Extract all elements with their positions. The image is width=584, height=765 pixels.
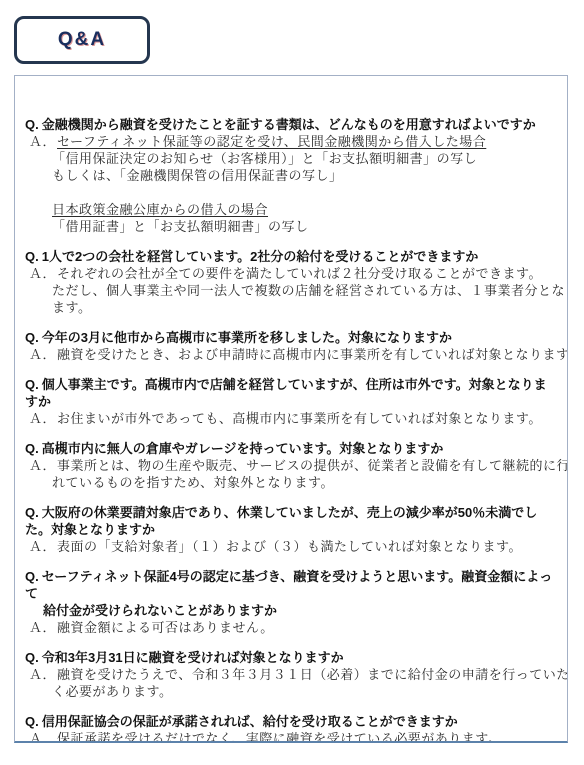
answer-line: ます。 bbox=[29, 299, 559, 316]
answer-text: Ａ．表面の「支給対象者」（１）および（３）も満たしていれば対象となります。 bbox=[25, 538, 559, 555]
answer-line: Ａ．融資金額による可否はありません。 bbox=[29, 619, 559, 636]
answer-line-text: セーフティネット保証等の認定を受け、民間金融機関から借入した場合 bbox=[57, 134, 486, 149]
answer-line-text: 表面の「支給対象者」（１）および（３）も満たしていれば対象となります。 bbox=[57, 539, 522, 554]
qa-item: Q.金融機関から融資を受けたことを証する書類は、どんなものを用意すればよいですか… bbox=[25, 116, 559, 235]
answer-line: Ａ．融資を受けたうえで、令和３年３月３１日（必着）までに給付金の申請を行っていた… bbox=[29, 666, 559, 683]
qa-item: Q.個人事業主です。高槻市内で店舗を経営していますが、住所は市外です。対象となり… bbox=[25, 376, 559, 427]
answer-line-text: 「借用証書」と「お支払額明細書」の写し bbox=[52, 219, 309, 234]
answer-prefix: Ａ． bbox=[29, 620, 56, 635]
question-text: Q.令和3年3月31日に融資を受ければ対象となりますか bbox=[25, 649, 559, 666]
answer-prefix: Ａ． bbox=[29, 667, 56, 682]
question-text: Q.個人事業主です。高槻市内で店舗を経営していますが、住所は市外です。対象となり… bbox=[25, 376, 559, 410]
answer-line: 「信用保証決定のお知らせ（お客様用）」と「お支払額明細書」の写し bbox=[29, 150, 559, 167]
question-prefix: Q. bbox=[25, 117, 39, 132]
answer-line-text: もしくは、「金融機関保管の信用保証書の写し」 bbox=[52, 168, 343, 183]
answer-line: Ａ．保証承諾を受けるだけでなく、実際に融資を受けている必要があります。 bbox=[29, 730, 559, 743]
question-line: 1人で2つの会社を経営しています。2社分の給付を受けることができますか bbox=[42, 249, 479, 264]
question-line: 給付金が受けられないことがありますか bbox=[25, 603, 277, 618]
answer-line-text: お住まいが市外であっても、高槻市内に事業所を有していれば対象となります。 bbox=[57, 411, 542, 426]
answer-prefix: Ａ． bbox=[29, 266, 56, 281]
answer-text: Ａ．お住まいが市外であっても、高槻市内に事業所を有していれば対象となります。 bbox=[25, 410, 559, 427]
question-text: Q.1人で2つの会社を経営しています。2社分の給付を受けることができますか bbox=[25, 248, 559, 265]
qa-item: Q.令和3年3月31日に融資を受ければ対象となりますかＡ．融資を受けたうえで、令… bbox=[25, 649, 559, 700]
qa-title-box: Q&A bbox=[14, 16, 150, 64]
answer-line-text: それぞれの会社が全ての要件を満たしていれば２社分受け取ることができます。 bbox=[57, 266, 542, 281]
answer-blank-line bbox=[29, 184, 559, 201]
question-text: Q.信用保証協会の保証が承諾されれば、給付を受け取ることができますか bbox=[25, 713, 559, 730]
qa-content-box: Q.金融機関から融資を受けたことを証する書類は、どんなものを用意すればよいですか… bbox=[14, 75, 568, 743]
answer-prefix: Ａ． bbox=[29, 731, 56, 743]
question-line: 信用保証協会の保証が承諾されれば、給付を受け取ることができますか bbox=[42, 714, 458, 729]
answer-prefix: Ａ． bbox=[29, 458, 56, 473]
answer-line-text: 日本政策金融公庫からの借入の場合 bbox=[52, 202, 268, 217]
question-line: 高槻市内に無人の倉庫やガレージを持っています。対象となりますか bbox=[42, 441, 444, 456]
question-line: 個人事業主です。高槻市内で店舗を経営していますが、住所は市外です。対象となります… bbox=[25, 377, 547, 409]
answer-line: もしくは、「金融機関保管の信用保証書の写し」 bbox=[29, 167, 559, 184]
answer-line-text: 事業所とは、物の生産や販売、サービスの提供が、従業者と設備を有して継続的に行わ bbox=[57, 458, 568, 473]
qa-item: Q.1人で2つの会社を経営しています。2社分の給付を受けることができますかＡ．そ… bbox=[25, 248, 559, 316]
answer-line-text: 融資金額による可否はありません。 bbox=[57, 620, 274, 635]
question-text: Q.大阪府の休業要請対象店であり、休業していましたが、売上の減少率が50％未満で… bbox=[25, 504, 559, 538]
answer-line-text: 保証承諾を受けるだけでなく、実際に融資を受けている必要があります。 bbox=[57, 731, 501, 743]
qa-item: Q.今年の3月に他市から高槻市に事業所を移しました。対象になりますかＡ．融資を受… bbox=[25, 329, 559, 363]
answer-line: Ａ．セーフティネット保証等の認定を受け、民間金融機関から借入した場合 bbox=[29, 133, 559, 150]
answer-line: 「借用証書」と「お支払額明細書」の写し bbox=[29, 218, 559, 235]
question-prefix: Q. bbox=[25, 714, 39, 729]
answer-text: Ａ．それぞれの会社が全ての要件を満たしていれば２社分受け取ることができます。ただ… bbox=[25, 265, 559, 316]
answer-line: 日本政策金融公庫からの借入の場合 bbox=[29, 201, 559, 218]
answer-prefix: Ａ． bbox=[29, 347, 56, 362]
answer-line: れているものを指すため、対象外となります。 bbox=[29, 474, 559, 491]
answer-prefix: Ａ． bbox=[29, 134, 56, 149]
question-line: セーフティネット保証4号の認定に基づき、融資を受けようと思います。融資金額によっ… bbox=[25, 569, 552, 601]
answer-line: Ａ．事業所とは、物の生産や販売、サービスの提供が、従業者と設備を有して継続的に行… bbox=[29, 457, 559, 474]
page-title: Q&A bbox=[58, 29, 106, 51]
answer-prefix: Ａ． bbox=[29, 411, 56, 426]
answer-text: Ａ．融資を受けたうえで、令和３年３月３１日（必着）までに給付金の申請を行っていた… bbox=[25, 666, 559, 700]
answer-line-text: く必要があります。 bbox=[52, 684, 172, 699]
question-line: 令和3年3月31日に融資を受ければ対象となりますか bbox=[42, 650, 344, 665]
answer-line-text: 融資を受けたうえで、令和３年３月３１日（必着）までに給付金の申請を行っていただ bbox=[57, 667, 568, 682]
question-prefix: Q. bbox=[25, 249, 39, 264]
question-prefix: Q. bbox=[25, 377, 39, 392]
question-prefix: Q. bbox=[25, 330, 39, 345]
answer-line: ただし、個人事業主や同一法人で複数の店舗を経営されている方は、１事業者分となり bbox=[29, 282, 559, 299]
answer-line: Ａ．それぞれの会社が全ての要件を満たしていれば２社分受け取ることができます。 bbox=[29, 265, 559, 282]
answer-line: く必要があります。 bbox=[29, 683, 559, 700]
answer-line: Ａ．お住まいが市外であっても、高槻市内に事業所を有していれば対象となります。 bbox=[29, 410, 559, 427]
answer-line: Ａ．融資を受けたとき、および申請時に高槻市内に事業所を有していれば対象となります… bbox=[29, 346, 559, 363]
answer-line-text: ます。 bbox=[52, 300, 91, 315]
answer-text: Ａ．保証承諾を受けるだけでなく、実際に融資を受けている必要があります。 bbox=[25, 730, 559, 743]
answer-prefix: Ａ． bbox=[29, 539, 56, 554]
question-prefix: Q. bbox=[25, 441, 39, 456]
answer-line-text: ただし、個人事業主や同一法人で複数の店舗を経営されている方は、１事業者分となり bbox=[52, 283, 568, 298]
question-line: 大阪府の休業要請対象店であり、休業していましたが、売上の減少率が50％未満でした… bbox=[25, 505, 537, 537]
question-text: Q.高槻市内に無人の倉庫やガレージを持っています。対象となりますか bbox=[25, 440, 559, 457]
qa-item: Q.セーフティネット保証4号の認定に基づき、融資を受けようと思います。融資金額に… bbox=[25, 568, 559, 636]
answer-text: Ａ．事業所とは、物の生産や販売、サービスの提供が、従業者と設備を有して継続的に行… bbox=[25, 457, 559, 491]
qa-list: Q.金融機関から融資を受けたことを証する書類は、どんなものを用意すればよいですか… bbox=[15, 76, 567, 743]
question-line: 金融機関から融資を受けたことを証する書類は、どんなものを用意すればよいですか bbox=[42, 117, 536, 132]
question-text: Q.セーフティネット保証4号の認定に基づき、融資を受けようと思います。融資金額に… bbox=[25, 568, 559, 619]
answer-text: Ａ．融資金額による可否はありません。 bbox=[25, 619, 559, 636]
question-prefix: Q. bbox=[25, 505, 39, 520]
qa-item: Q.信用保証協会の保証が承諾されれば、給付を受け取ることができますかＡ．保証承諾… bbox=[25, 713, 559, 743]
qa-item: Q.高槻市内に無人の倉庫やガレージを持っています。対象となりますかＡ．事業所とは… bbox=[25, 440, 559, 491]
answer-line-text: れているものを指すため、対象外となります。 bbox=[52, 475, 334, 490]
answer-line-text: 融資を受けたとき、および申請時に高槻市内に事業所を有していれば対象となります。 bbox=[57, 347, 568, 362]
question-prefix: Q. bbox=[25, 650, 39, 665]
qa-item: Q.大阪府の休業要請対象店であり、休業していましたが、売上の減少率が50％未満で… bbox=[25, 504, 559, 555]
page: Q&A Q.金融機関から融資を受けたことを証する書類は、どんなものを用意すればよ… bbox=[0, 0, 584, 765]
answer-text: Ａ．融資を受けたとき、および申請時に高槻市内に事業所を有していれば対象となります… bbox=[25, 346, 559, 363]
question-line: 今年の3月に他市から高槻市に事業所を移しました。対象になりますか bbox=[42, 330, 452, 345]
answer-line-text: 「信用保証決定のお知らせ（お客様用）」と「お支払額明細書」の写し bbox=[52, 151, 477, 166]
question-text: Q.今年の3月に他市から高槻市に事業所を移しました。対象になりますか bbox=[25, 329, 559, 346]
question-text: Q.金融機関から融資を受けたことを証する書類は、どんなものを用意すればよいですか bbox=[25, 116, 559, 133]
answer-text: Ａ．セーフティネット保証等の認定を受け、民間金融機関から借入した場合「信用保証決… bbox=[25, 133, 559, 235]
answer-line: Ａ．表面の「支給対象者」（１）および（３）も満たしていれば対象となります。 bbox=[29, 538, 559, 555]
question-prefix: Q. bbox=[25, 569, 39, 584]
